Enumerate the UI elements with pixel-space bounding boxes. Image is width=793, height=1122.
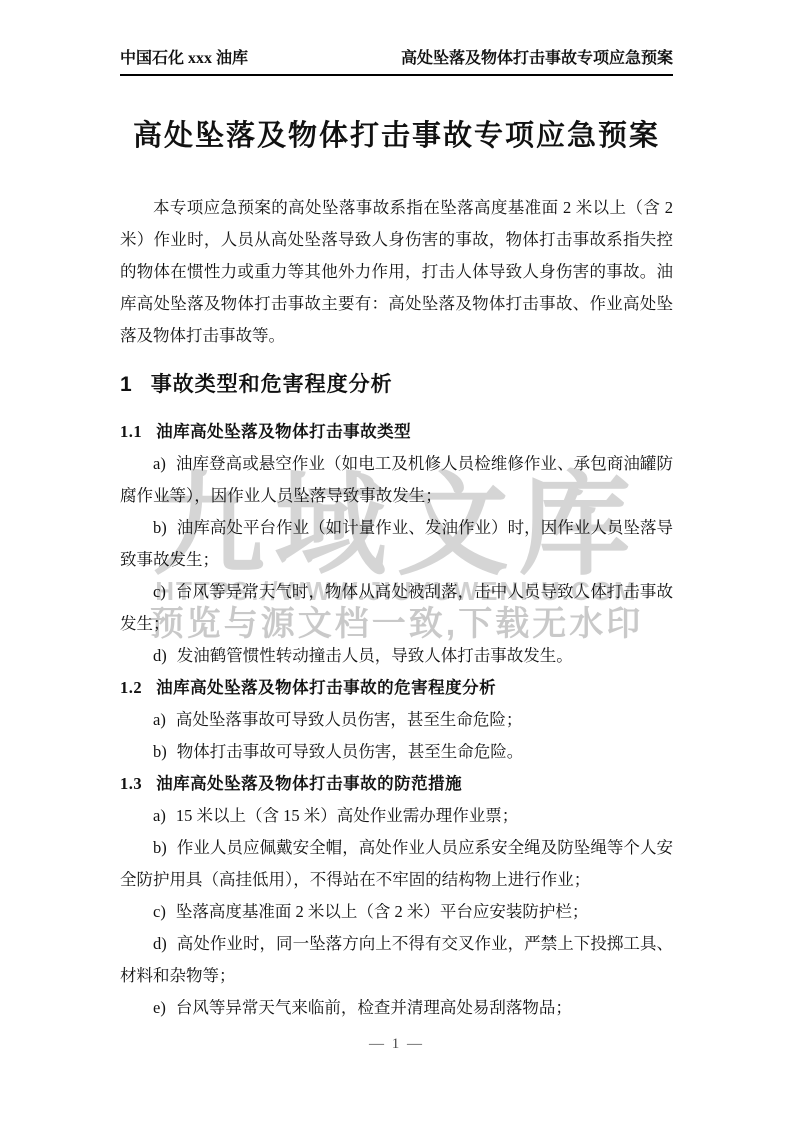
section-number: 1.2	[120, 678, 142, 697]
item-label: c)	[153, 582, 176, 601]
section-heading-1-3: 1.3油库高处坠落及物体打击事故的防范措施	[120, 768, 673, 800]
item-text: 发油鹤管惯性转动撞击人员，导致人体打击事故发生。	[177, 646, 573, 665]
chapter-heading: 1事故类型和危害程度分析	[120, 370, 673, 400]
list-item: e)台风等异常天气来临前，检查并清理高处易刮落物品；	[120, 992, 673, 1024]
list-item: c)坠落高度基准面 2 米以上（含 2 米）平台应安装防护栏；	[120, 896, 673, 928]
list-item: d)高处作业时，同一坠落方向上不得有交叉作业，严禁上下投掷工具、材料和杂物等；	[120, 928, 673, 992]
section-heading-1-2: 1.2油库高处坠落及物体打击事故的危害程度分析	[120, 672, 673, 704]
chapter-title: 事故类型和危害程度分析	[151, 373, 393, 396]
page-content: 中国石化 xxx 油库 高处坠落及物体打击事故专项应急预案 高处坠落及物体打击事…	[0, 0, 793, 1024]
list-item: b)物体打击事故可导致人员伤害，甚至生命危险。	[120, 736, 673, 768]
item-text: 15 米以上（含 15 米）高处作业需办理作业票；	[176, 806, 518, 825]
item-text: 台风等异常天气时，物体从高处被刮落，击中人员导致人体打击事故发生；	[120, 582, 673, 633]
item-text: 物体打击事故可导致人员伤害，甚至生命危险。	[177, 742, 524, 761]
item-text: 油库登高或悬空作业（如电工及机修人员检维修作业、承包商油罐防腐作业等），因作业人…	[120, 454, 673, 505]
intro-paragraph: 本专项应急预案的高处坠落事故系指在坠落高度基准面 2 米以上（含 2 米）作业时…	[120, 192, 673, 352]
list-item: a)15 米以上（含 15 米）高处作业需办理作业票；	[120, 800, 673, 832]
item-text: 高处坠落事故可导致人员伤害，甚至生命危险；	[176, 710, 523, 729]
item-label: a)	[153, 806, 176, 825]
running-header: 中国石化 xxx 油库 高处坠落及物体打击事故专项应急预案	[120, 48, 673, 76]
item-label: d)	[153, 646, 177, 665]
item-label: d)	[153, 934, 177, 953]
list-item: c)台风等异常天气时，物体从高处被刮落，击中人员导致人体打击事故发生；	[120, 576, 673, 640]
item-label: b)	[153, 518, 177, 537]
list-item: b)作业人员应佩戴安全帽，高处作业人员应系安全绳及防坠绳等个人安全防护用具（高挂…	[120, 832, 673, 896]
list-item: a)高处坠落事故可导致人员伤害，甚至生命危险；	[120, 704, 673, 736]
section-number: 1.1	[120, 422, 142, 441]
section-heading-1-1: 1.1油库高处坠落及物体打击事故类型	[120, 416, 673, 448]
document-page: 九域文库 HTTPS://WWW.JIUYUWENKU.COM 预览与源文档一致…	[0, 0, 793, 1122]
item-label: b)	[153, 838, 177, 857]
item-text: 坠落高度基准面 2 米以上（含 2 米）平台应安装防护栏；	[176, 902, 589, 921]
document-title: 高处坠落及物体打击事故专项应急预案	[120, 116, 673, 156]
item-text: 油库高处平台作业（如计量作业、发油作业）时，因作业人员坠落导致事故发生；	[120, 518, 673, 569]
section-title: 油库高处坠落及物体打击事故类型	[156, 422, 411, 441]
item-text: 作业人员应佩戴安全帽，高处作业人员应系安全绳及防坠绳等个人安全防护用具（高挂低用…	[120, 838, 673, 889]
chapter-number: 1	[120, 373, 133, 396]
header-left-company: 中国石化 xxx 油库	[120, 48, 248, 70]
item-label: b)	[153, 742, 177, 761]
list-item: a)油库登高或悬空作业（如电工及机修人员检维修作业、承包商油罐防腐作业等），因作…	[120, 448, 673, 512]
header-right-doc-name: 高处坠落及物体打击事故专项应急预案	[401, 48, 673, 70]
section-number: 1.3	[120, 774, 142, 793]
list-item: b)油库高处平台作业（如计量作业、发油作业）时，因作业人员坠落导致事故发生；	[120, 512, 673, 576]
section-title: 油库高处坠落及物体打击事故的危害程度分析	[156, 678, 496, 697]
item-label: c)	[153, 902, 176, 921]
item-label: a)	[153, 710, 176, 729]
item-label: e)	[153, 998, 176, 1017]
item-text: 高处作业时，同一坠落方向上不得有交叉作业，严禁上下投掷工具、材料和杂物等；	[120, 934, 673, 985]
list-item: d)发油鹤管惯性转动撞击人员，导致人体打击事故发生。	[120, 640, 673, 672]
item-label: a)	[153, 454, 176, 473]
item-text: 台风等异常天气来临前，检查并清理高处易刮落物品；	[176, 998, 572, 1017]
page-number: — 1 —	[0, 1036, 793, 1053]
section-title: 油库高处坠落及物体打击事故的防范措施	[156, 774, 462, 793]
